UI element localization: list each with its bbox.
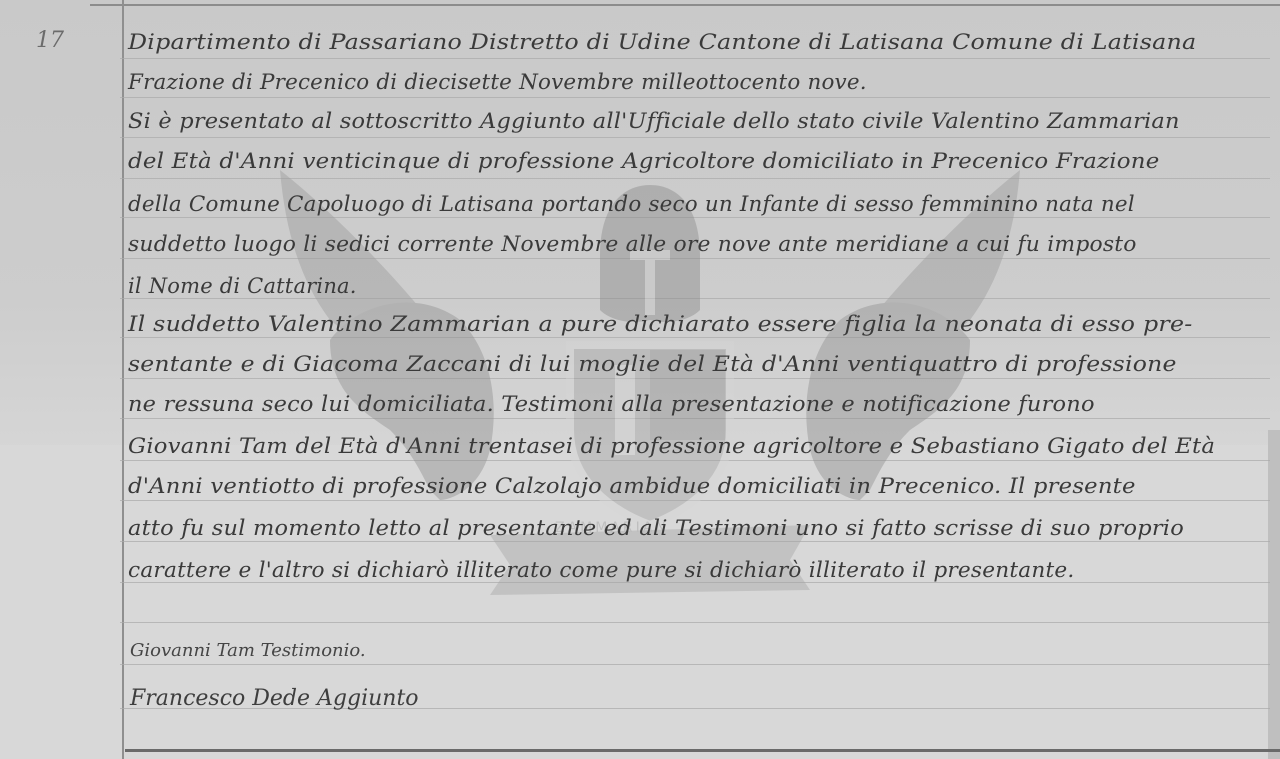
ruled-line <box>120 58 1270 59</box>
ruled-line <box>120 298 1270 299</box>
record-line-6: suddetto luogo li sedici corrente Novemb… <box>128 232 1137 256</box>
ruled-line <box>120 500 1270 501</box>
entry-number: 17 <box>36 28 64 53</box>
ruled-line <box>120 378 1270 379</box>
record-line-4: del Età d'Anni venticinque di profession… <box>128 149 1160 173</box>
record-line-13: atto fu sul momento letto al presentante… <box>128 516 1184 540</box>
record-line-10: ne ressuna seco lui domiciliata. Testimo… <box>128 392 1095 416</box>
ruled-line <box>120 97 1270 98</box>
ruled-line <box>120 337 1270 338</box>
record-line-3: Si è presentato al sottoscritto Aggiunto… <box>128 109 1180 133</box>
witness-signature: Giovanni Tam Testimonio. <box>130 640 366 661</box>
record-line-1: Dipartimento di Passariano Distretto di … <box>128 30 1196 54</box>
ruled-line <box>120 217 1270 218</box>
ruled-line <box>120 418 1270 419</box>
record-line-11: Giovanni Tam del Età d'Anni trentasei di… <box>128 434 1215 458</box>
record-line-2: Frazione di Precenico di diecisette Nove… <box>128 70 867 94</box>
official-signature: Francesco Dede Aggiunto <box>130 686 419 711</box>
record-line-8: Il suddetto Valentino Zammarian a pure d… <box>128 312 1192 336</box>
ruled-line <box>120 258 1270 259</box>
scan-edge <box>1268 430 1280 759</box>
ruled-line <box>120 460 1270 461</box>
bottom-rule <box>125 749 1280 752</box>
ruled-line <box>120 541 1270 542</box>
record-line-5: della Comune Capoluogo di Latisana porta… <box>128 192 1135 216</box>
ruled-line <box>120 582 1270 583</box>
register-page: ZAMMARIAN 17 Dipartimento di Passariano … <box>0 0 1280 759</box>
record-line-12: d'Anni ventiotto di professione Calzolaj… <box>128 474 1136 498</box>
record-line-7: il Nome di Cattarina. <box>128 274 357 298</box>
ruled-line <box>120 622 1270 623</box>
margin-rule <box>122 0 124 759</box>
ruled-line <box>120 137 1270 138</box>
top-rule <box>90 4 1280 6</box>
ruled-line <box>120 664 1270 665</box>
record-line-9: sentante e di Giacoma Zaccani di lui mog… <box>128 352 1177 376</box>
record-line-14: carattere e l'altro si dichiarò illitera… <box>128 558 1075 582</box>
ruled-line <box>120 178 1270 179</box>
